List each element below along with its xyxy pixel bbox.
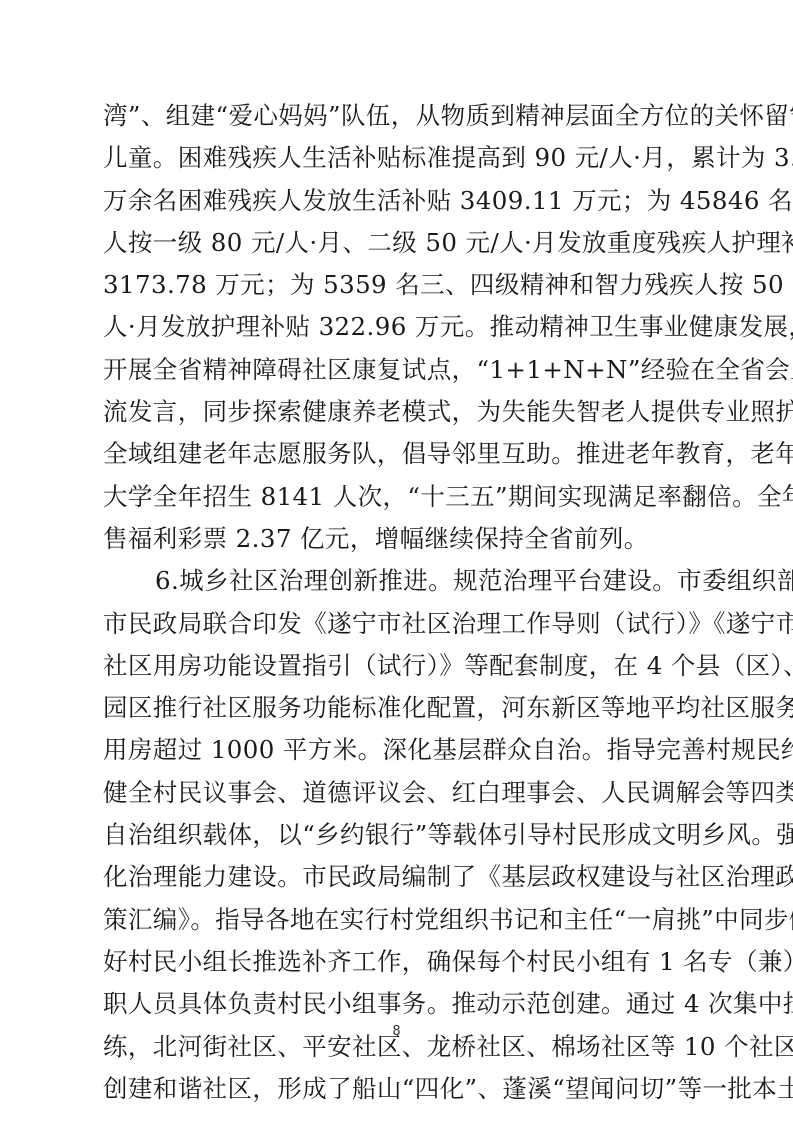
- text-line: 6.城乡社区治理创新推进。规范治理平台建设。市委组织部、: [103, 560, 695, 602]
- text-line: 化治理能力建设。市民政局编制了《基层政权建设与社区治理政: [103, 856, 695, 898]
- text-line: 万余名困难残疾人发放生活补贴 3409.11 万元；为 45846 名残疾: [103, 180, 695, 222]
- text-line: 售福利彩票 2.37 亿元，增幅继续保持全省前列。: [103, 518, 695, 560]
- text-line: 全域组建老年志愿服务队，倡导邻里互助。推进老年教育，老年: [103, 433, 695, 475]
- body-text: 湾”、组建“爱心妈妈”队伍，从物质到精神层面全方位的关怀留守儿童。困难残疾人生活…: [103, 95, 695, 1110]
- text-line: 大学全年招生 8141 人次，“十三五”期间实现满足率翻倍。全年销: [103, 476, 695, 518]
- text-line: 好村民小组长推选补齐工作，确保每个村民小组有 1 名专（兼）: [103, 941, 695, 983]
- text-line: 人·月发放护理补贴 322.96 万元。推动精神卫生事业健康发展，: [103, 306, 695, 348]
- text-line: 职人员具体负责村民小组事务。推动示范创建。通过 4 次集中拉: [103, 983, 695, 1025]
- text-line: 3173.78 万元；为 5359 名三、四级精神和智力残疾人按 50 元/: [103, 264, 695, 306]
- text-line: 开展全省精神障碍社区康复试点，“1+1+N+N”经验在全省会上交: [103, 349, 695, 391]
- page-number: 8: [0, 1024, 793, 1039]
- text-line: 园区推行社区服务功能标准化配置，河东新区等地平均社区服务: [103, 687, 695, 729]
- text-line: 市民政局联合印发《遂宁市社区治理工作导则（试行）》《遂宁市: [103, 603, 695, 645]
- text-line: 策汇编》。指导各地在实行村党组织书记和主任“一肩挑”中同步做: [103, 899, 695, 941]
- text-line: 自治组织载体，以“乡约银行”等载体引导村民形成文明乡风。强: [103, 814, 695, 856]
- text-line: 社区用房功能设置指引（试行）》等配套制度，在 4 个县（区）、: [103, 645, 695, 687]
- text-line: 儿童。困难残疾人生活补贴标准提高到 90 元/人·月，累计为 3.1: [103, 137, 695, 179]
- text-line: 湾”、组建“爱心妈妈”队伍，从物质到精神层面全方位的关怀留守: [103, 95, 695, 137]
- text-line: 创建和谐社区，形成了船山“四化”、蓬溪“望闻问切”等一批本土: [103, 1068, 695, 1110]
- text-line: 流发言，同步探索健康养老模式，为失能失智老人提供专业照护。: [103, 391, 695, 433]
- text-line: 健全村民议事会、道德评议会、红白理事会、人民调解会等四类: [103, 772, 695, 814]
- text-line: 人按一级 80 元/人·月、二级 50 元/人·月发放重度残疾人护理补贴: [103, 222, 695, 264]
- document-page: 湾”、组建“爱心妈妈”队伍，从物质到精神层面全方位的关怀留守儿童。困难残疾人生活…: [0, 0, 793, 1122]
- text-line: 用房超过 1000 平方米。深化基层群众自治。指导完善村规民约，: [103, 729, 695, 771]
